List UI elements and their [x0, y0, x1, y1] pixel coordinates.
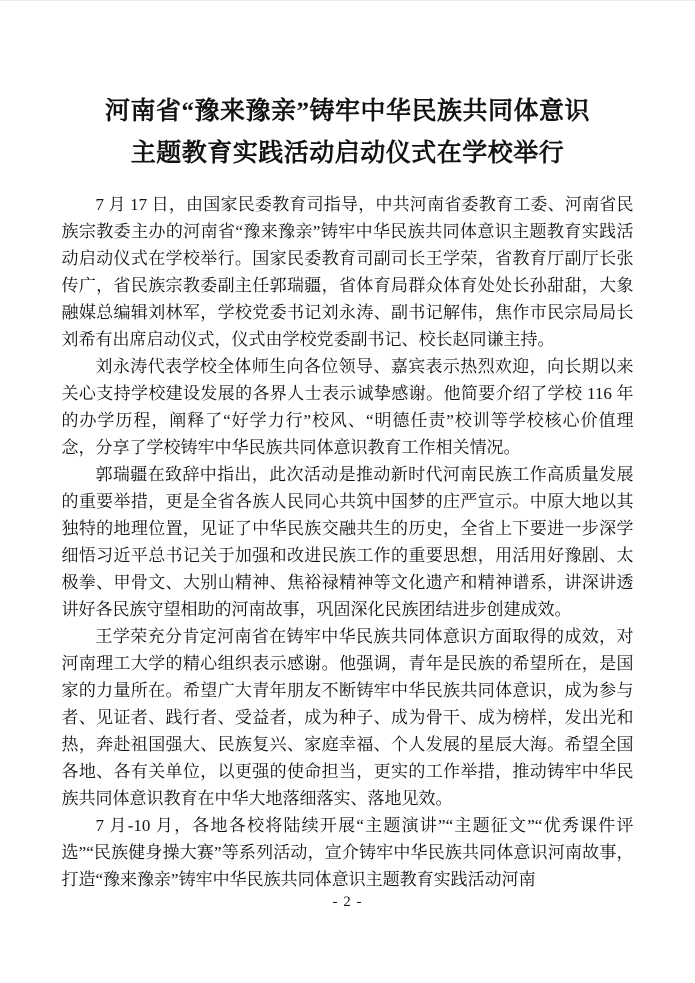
page-title: 河南省“豫来豫亲”铸牢中华民族共同体意识 主题教育实践活动启动仪式在学校举行: [0, 1, 695, 175]
paragraph-guo-speech: 郭瑞疆在致辞中指出，此次活动是推动新时代河南民族工作高质量发展的重要举措，更是全…: [62, 461, 634, 623]
paragraph-followup-activities: 7 月-10 月，各地各校将陆续开展“主题演讲”“主题征文”“优秀课件评选”“民…: [62, 812, 634, 893]
page-title-line-1: 河南省“豫来豫亲”铸牢中华民族共同体意识: [0, 91, 695, 133]
page-title-line-2: 主题教育实践活动启动仪式在学校举行: [0, 133, 695, 175]
document-page: 河南省“豫来豫亲”铸牢中华民族共同体意识 主题教育实践活动启动仪式在学校举行 7…: [0, 0, 695, 983]
article-body: 7 月 17 日，由国家民委教育司指导，中共河南省委教育工委、河南省民族宗教委主…: [62, 191, 634, 893]
paragraph-intro: 7 月 17 日，由国家民委教育司指导，中共河南省委教育工委、河南省民族宗教委主…: [62, 191, 634, 353]
paragraph-wang-speech: 王学荣充分肯定河南省在铸牢中华民族共同体意识方面取得的成效，对河南理工大学的精心…: [62, 623, 634, 812]
paragraph-welcome-speech: 刘永涛代表学校全体师生向各位领导、嘉宾表示热烈欢迎，向长期以来关心支持学校建设发…: [62, 353, 634, 461]
page-number: - 2 -: [0, 894, 695, 911]
